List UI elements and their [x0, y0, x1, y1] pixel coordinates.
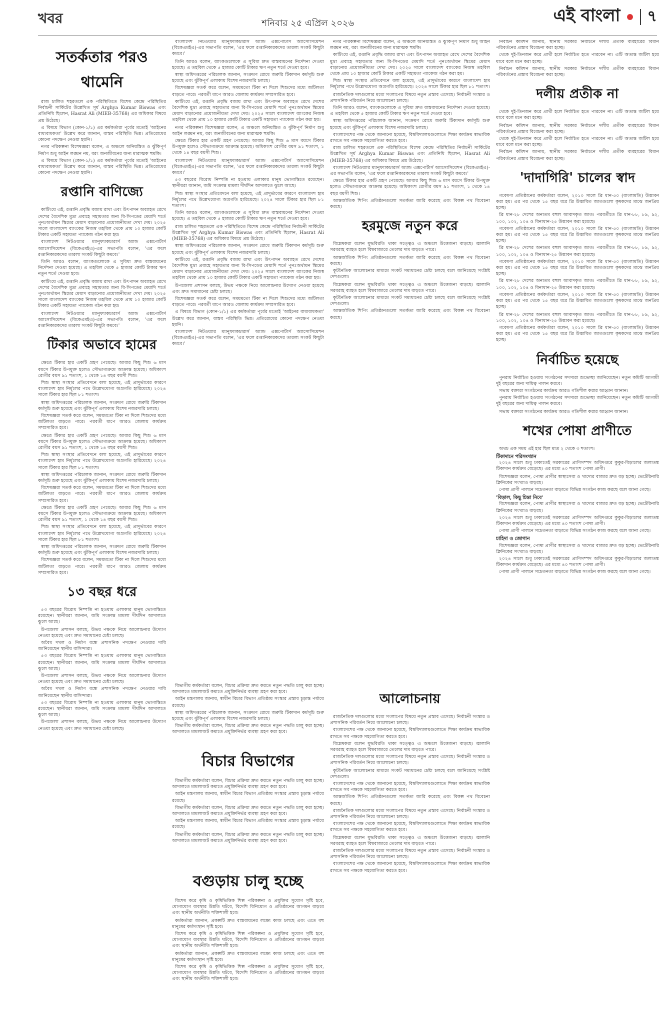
paragraph: বিশেষ করে কৃষি ও কৃষিভিত্তিক শিল্প পরিকল… — [172, 899, 324, 918]
paragraph: বিশেষ করে কৃষি ও কৃষিভিত্তিক শিল্প পরিকল… — [172, 965, 324, 984]
paragraph: কূটনৈতিক আলোচনার মাধ্যমে সংকট সমাধানের চ… — [330, 269, 490, 281]
paragraph: নির্বাচন কমিশন জানায়, স্থানীয় সরকার নি… — [496, 150, 659, 162]
paragraph: রাজ চালিত শহরতলে এক পরিস্থিতিতে বিশেষ কে… — [330, 146, 490, 165]
paragraph: পোষা প্রাণী পালনে সচেতনতা বাড়াতে বিভিন্… — [496, 529, 659, 535]
headline: হরমুজে নতুন করে — [330, 217, 490, 238]
article-export: রপ্তানি বাণিজ্যে কাটিংয়ে এই, রপ্তানি প্… — [38, 183, 166, 330]
headline: বগুড়ায় চালু হচ্ছে — [172, 870, 324, 895]
paragraph: অবৈধ দখল ও নির্মাণ বন্ধে প্রশাসনিক পদক্ষ… — [38, 641, 166, 653]
paragraph: বাংলাদেশের পক্ষ থেকে জানানো হয়েছে, বিশ্… — [330, 133, 490, 145]
article-pets: শখের পোষা প্রাণীতে অথচ এক সময় এই হার ছি… — [496, 422, 659, 577]
paragraph: তিনি আরও বলেন, ব্যাংকগুলোকে এ সুবিধা দ্র… — [38, 260, 166, 279]
paragraph: ক্ষেত্রে টিকার হার একটি গ্রহণ পেয়েছে। আ… — [38, 434, 166, 453]
paragraph: উপজেলা প্রশাসন বলছে, উভয় পক্ষকে নিয়ে আ… — [38, 628, 166, 640]
headline: শখের পোষা প্রাণীতে — [496, 422, 659, 443]
paragraph: পুনরায় নির্বাচিত হওয়ায় সংগঠনের সদস্যর… — [496, 376, 659, 388]
paragraph: আন্তর্জাতিক শিপিং প্রতিষ্ঠানগুলো সতর্কতা… — [330, 199, 490, 211]
paragraph: ২০২৪ সালে শুধু ঢাকাতেই সরকারের প্রাণিসম্… — [496, 461, 659, 473]
paragraph: আন্তর্জাতিক শিপিং প্রতিষ্ঠানগুলো সতর্কতা… — [330, 795, 490, 807]
paragraph: বিশ্লেষকরা বলেন যুদ্ধবিরতি থাকা সত্ত্বেও… — [330, 242, 490, 254]
article-body: পুনরায় নির্বাচিত হওয়ায় সংগঠনের সদস্যর… — [496, 376, 659, 416]
brand-logo: এই বাংলা — [553, 3, 620, 31]
paragraph: ২০২৪ সালে শুধু ঢাকাতেই সরকারের প্রাণিসম্… — [496, 557, 659, 569]
article-13-years: ১৩ বছর ধরে ৫৩ বছরের বিরোধ নিষ্পত্তি না হ… — [38, 583, 166, 733]
paragraph: নগর পরিকল্পনা বিশেষজ্ঞরা বলেন, এ অঞ্চলে … — [38, 145, 166, 157]
paragraph: থেকে দুই-তিনজন করে প্রার্থী হলে নির্বাচি… — [496, 53, 659, 65]
paragraph: রাজ চালিত শহরতলে এক পরিস্থিতিতে বিশেষ কে… — [172, 225, 324, 244]
paragraph: রাজনৈতিক দলগুলোর মধ্যে সংলাপের বিষয়ে নত… — [330, 93, 490, 105]
paragraph: রাজনৈতিক দলগুলোর মধ্যে সংলাপের বিষয়ে নত… — [330, 715, 490, 727]
article-body: থেকে দুই-তিনজন করে প্রার্থী হলে নির্বাচি… — [496, 110, 659, 163]
paragraph: পুনরায় নির্বাচিত হওয়ায় সংগঠনের সদস্যর… — [496, 396, 659, 408]
article-caution: সতর্কতার পরও থামেনি রাজ চালিত শহরতলে এক … — [38, 46, 166, 177]
section-label: খবর — [38, 7, 63, 31]
paragraph: বিশ্লেষকরা বলেন যুদ্ধবিরতি থাকা সত্ত্বেও… — [330, 742, 490, 754]
paragraph: গবেষণা প্রতিষ্ঠানের কর্মকর্তারা বলেন, ২০… — [496, 194, 659, 213]
paragraph: সভায় বক্তারা সংগঠনের কার্যক্রম আরও গতিশ… — [496, 389, 659, 395]
paragraph: বাংলাদেশ নিটওয়্যার ম্যানুফ্যাকচারার্স অ… — [172, 330, 324, 349]
paragraph: বিশেষজ্ঞরা সতর্ক করে বলেন, সময়মতো টিকা … — [38, 486, 166, 505]
paragraph: পোষা প্রাণী পালনে সচেতনতা বাড়াতে বিভিন্… — [496, 570, 659, 576]
article-body: কাটিংয়ে এই, রপ্তানি প্রবৃদ্ধি বজায় রাখ… — [38, 208, 166, 330]
headline: বিচার বিভাগের — [172, 750, 324, 775]
paragraph: ক্ষেত্রে টিকার হার একটি গ্রহণ পেয়েছে। আ… — [172, 139, 324, 158]
article-body: বিশেষ করে কৃষি ও কৃষিভিত্তিক শিল্প পরিকল… — [172, 899, 324, 984]
headline: টিকার অভাবে হামের — [38, 336, 166, 357]
paragraph: ব্রি ধান-২৮ দেশের অন্যতম বহুল আবাদকৃত জা… — [496, 213, 659, 225]
paragraph: আন্তর্জাতিক শিপিং প্রতিষ্ঠানগুলো সতর্কতা… — [330, 309, 490, 321]
paragraph: গবেষণা প্রতিষ্ঠানের কর্মকর্তারা বলেন, ২০… — [496, 326, 659, 345]
paragraph: ৫৩ বছরের বিরোধ নিষ্পত্তি না হওয়ায় এলাক… — [38, 701, 166, 720]
paragraph: গবেষণা প্রতিষ্ঠানের কর্মকর্তারা বলেন, ২০… — [496, 227, 659, 246]
paragraph: তিনি আরও বলেন, ব্যাংকগুলোকে এ সুবিধা দ্র… — [172, 211, 324, 223]
paragraph: কাটিংয়ে এই, রপ্তানি প্রবৃদ্ধি বজায় রাখ… — [330, 53, 490, 78]
article-body: গবেষণা প্রতিষ্ঠানের কর্মকর্তারা বলেন, ২০… — [496, 194, 659, 345]
paragraph: কাটিংয়ে এই, রপ্তানি প্রবৃদ্ধি বজায় রাখ… — [38, 280, 166, 311]
paragraph: স্বাস্থ্য অধিদপ্তরের পরিচালক জানান, সংক্… — [38, 473, 166, 485]
paragraph: বিশ্লেষকরা বলেন যুদ্ধবিরতি থাকা সত্ত্বেও… — [330, 283, 490, 295]
brand-dot-icon — [627, 14, 633, 20]
paragraph: বিভাগীয় কর্মকর্তারা বলেন, বিচার প্রক্রি… — [172, 684, 324, 696]
paragraph: শিশু স্বাস্থ্য সংস্থার প্রতিবেদনে বলা হয… — [38, 381, 166, 400]
paragraph: স্বাস্থ্য অধিদপ্তরের পরিচালক জানান, সংক্… — [330, 119, 490, 131]
article-body: নির্বাচন কমিশন জানায়, স্থানীয় সরকার নি… — [496, 40, 659, 79]
paragraph: কাটিংয়ে এই, রপ্তানি প্রবৃদ্ধি বজায় রাখ… — [38, 208, 166, 239]
paragraph: বিশেষজ্ঞরা সতর্ক করে বলেন, সময়মতো টিকা … — [38, 558, 166, 577]
subhead: চাহিদা ও জোগান — [496, 536, 659, 542]
paragraph: বাংলাদেশের পক্ষ থেকে জানানো হয়েছে, বিশ্… — [330, 782, 490, 794]
paragraph: ব্রি ধান-২৮ দেশের অন্যতম বহুল আবাদকৃত জা… — [496, 313, 659, 325]
paragraph: বিশেষজ্ঞরা বলেন, পোষা প্রাণীর স্বাস্থ্যস… — [496, 544, 659, 556]
paragraph: বাংলাদেশ নিটওয়্যার ম্যানুফ্যাকচারার্স অ… — [330, 166, 490, 178]
brand: এই বাংলা ৭ — [553, 3, 657, 31]
paragraph: বিশেষজ্ঞরা বলেন, পোষা প্রাণীর স্বাস্থ্যস… — [496, 475, 659, 487]
paragraph: ক্ষেত্রে টিকার হার একটি গ্রহণ পেয়েছে। আ… — [38, 361, 166, 380]
paragraph: অবৈধ দখল ও নির্মাণ বন্ধে প্রশাসনিক পদক্ষ… — [38, 687, 166, 699]
article-body: রাজনৈতিক দলগুলোর মধ্যে সংলাপের বিষয়ে নত… — [330, 715, 490, 875]
paragraph: উপজেলা প্রশাসন বলছে, উভয় পক্ষকে নিয়ে আ… — [38, 720, 166, 732]
paragraph: নির্বাচন কমিশন জানায়, স্থানীয় সরকার নি… — [496, 67, 659, 79]
paragraph: বাংলাদেশের পক্ষ থেকে জানানো হয়েছে, বিশ্… — [330, 862, 490, 874]
paragraph: আন্তর্জাতিক শিপিং প্রতিষ্ঠানগুলো সতর্কতা… — [330, 256, 490, 268]
article-body: বিভাগীয় কর্মকর্তারা বলেন, বিচার প্রক্রি… — [172, 684, 324, 738]
paragraph: বিভাগীয় কর্মকর্তারা বলেন, বিচার প্রক্রি… — [172, 779, 324, 791]
headline: ১৩ বছর ধরে — [38, 583, 166, 604]
paragraph: শিশু স্বাস্থ্য সংস্থার প্রতিবেদনে বলা হয… — [172, 192, 324, 211]
column-4: নির্বাচন কমিশন জানায়, স্থানীয় সরকার নি… — [496, 40, 659, 1016]
paragraph: কূটনৈতিক আলোচনার মাধ্যমে সংকট সমাধানের চ… — [330, 769, 490, 781]
paragraph: বিভাগীয় কর্মকর্তারা বলেন, বিচার প্রক্রি… — [172, 724, 324, 736]
article-body: বিশ্লেষকরা বলেন যুদ্ধবিরতি থাকা সত্ত্বেও… — [330, 242, 490, 321]
paragraph: বিশেষ করে কৃষি ও কৃষিভিত্তিক শিল্প পরিকল… — [172, 932, 324, 951]
article-body: ৫৩ বছরের বিরোধ নিষ্পত্তি না হওয়ায় এলাক… — [38, 608, 166, 733]
headline: দলীয় প্রতীক না — [496, 85, 659, 106]
paragraph: আইন মন্ত্রণালয় জানায়, স্বাধীন বিচার বি… — [172, 697, 324, 709]
page-number: ৭ — [647, 5, 657, 30]
article-body: বাংলাদেশ নিটওয়্যার ম্যানুফ্যাকচারার্স অ… — [172, 40, 324, 349]
paragraph: শিশু স্বাস্থ্য সংস্থার প্রতিবেদনে বলা হয… — [330, 79, 490, 91]
paragraph: রাজ চালিত শহরতলে এক পরিস্থিতিতে বিশেষ কে… — [38, 100, 166, 125]
paragraph: বাংলাদেশ নিটওয়্যার ম্যানুফ্যাকচারার্স অ… — [38, 312, 166, 331]
paragraph: বাংলাদেশ নিটওয়্যার ম্যানুফ্যাকচারার্স অ… — [172, 40, 324, 59]
divider — [640, 9, 641, 25]
article-body: নগর পরিকল্পনা বিশেষজ্ঞরা বলেন, এ অঞ্চলে … — [330, 40, 490, 211]
paragraph: ব্রি ধান-২৮ দেশের অন্যতম বহুল আবাদকৃত জা… — [496, 279, 659, 291]
paragraph: কূটনৈতিক আলোচনার মাধ্যমে সংকট সমাধানের চ… — [330, 296, 490, 308]
article-elected: নির্বাচিত হয়েছে পুনরায় নির্বাচিত হওয়া… — [496, 351, 659, 416]
paragraph: রাজনৈতিক দলগুলোর মধ্যে সংলাপের বিষয়ে নত… — [330, 849, 490, 861]
paragraph: রাজনৈতিক দলগুলোর মধ্যে সংলাপের বিষয়ে নত… — [330, 809, 490, 821]
paragraph: বিশেষজ্ঞরা সতর্ক করে বলেন, সময়মতো টিকা … — [38, 414, 166, 433]
paragraph: বাংলাদেশের পক্ষ থেকে জানানো হয়েছে, বিশ্… — [330, 822, 490, 834]
paragraph: বিশেষজ্ঞরা সতর্ক করে বলেন, সময়মতো টিকা … — [172, 86, 324, 98]
paragraph: ক্ষেত্রে টিকার হার একটি গ্রহণ পেয়েছে। আ… — [38, 506, 166, 525]
paragraph: স্বাস্থ্য অধিদপ্তরের পরিচালক জানান, সংক্… — [172, 244, 324, 256]
paragraph: বাংলাদেশ নিটওয়্যার ম্যানুফ্যাকচারার্স অ… — [172, 159, 324, 178]
paragraph: রাজনৈতিক দলগুলোর মধ্যে সংলাপের বিষয়ে নত… — [330, 755, 490, 767]
paragraph: স্বাস্থ্য অধিদপ্তরের পরিচালক জানান, সংক্… — [38, 545, 166, 557]
paragraph: বিশেষজ্ঞরা সতর্ক করে বলেন, সময়মতো টিকা … — [172, 297, 324, 309]
paragraph: বিশেষজ্ঞরা বলেন, পোষা প্রাণীর স্বাস্থ্যস… — [496, 502, 659, 514]
paragraph: বিশ্লেষকরা বলেন যুদ্ধবিরতি থাকা সত্ত্বেও… — [330, 836, 490, 848]
paragraph: শিশু স্বাস্থ্য সংস্থার প্রতিবেদনে বলা হয… — [38, 453, 166, 472]
article-bogura: বগুড়ায় চালু হচ্ছে বিশেষ করে কৃষি ও কৃষ… — [172, 864, 324, 985]
paragraph: অথচ এক সময় এই হার ছিল মাত্র ২ থেকে ৩ শত… — [496, 447, 659, 453]
paragraph: স্বাস্থ্য অধিদপ্তরের পরিচালক জানান, সংক্… — [38, 401, 166, 413]
paragraph: বাংলাদেশ নিটওয়্যার ম্যানুফ্যাকচারার্স অ… — [38, 240, 166, 259]
headline: নির্বাচিত হয়েছে — [496, 351, 659, 372]
headline: আলোচনায় — [330, 690, 490, 711]
dateline: শনিবার ২৫ এপ্রিল ২০২৬ — [262, 16, 354, 31]
subhead: টিকাদানে পরিসংখ্যান — [496, 454, 659, 460]
paragraph: আইন মন্ত্রণালয় জানায়, স্বাধীন বিচার বি… — [172, 792, 324, 804]
article-rice: 'দাদাগিরি' চালের স্বাদ গবেষণা প্রতিষ্ঠান… — [496, 169, 659, 345]
paragraph: থেকে দুই-তিনজন করে প্রার্থী হলে নির্বাচি… — [496, 137, 659, 149]
article-measles: টিকার অভাবে হামের ক্ষেত্রে টিকার হার একট… — [38, 336, 166, 577]
article-hormuz: হরমুজে নতুন করে বিশ্লেষকরা বলেন যুদ্ধবির… — [330, 217, 490, 321]
paragraph: ব্রি ধান-২৮ দেশের অন্যতম বহুল আবাদকৃত জা… — [496, 246, 659, 258]
article-discussion: আলোচনায় রাজনৈতিক দলগুলোর মধ্যে সংলাপের … — [330, 684, 490, 876]
headline: 'দাদাগিরি' চালের স্বাদ — [496, 169, 659, 190]
paragraph: উপজেলা প্রশাসন বলছে, উভয় পক্ষকে নিয়ে আ… — [172, 284, 324, 296]
article-judiciary: বিচার বিভাগের বিভাগীয় কর্মকর্তারা বলেন,… — [172, 744, 324, 846]
paragraph: কাটিংয়ে এই, রপ্তানি প্রবৃদ্ধি বজায় রাখ… — [172, 258, 324, 283]
masthead: খবর শনিবার ২৫ এপ্রিল ২০২৬ এই বাংলা ৭ — [38, 14, 657, 36]
paragraph: তিনি আরও বলেন, ব্যাংকগুলোকে এ সুবিধা দ্র… — [330, 106, 490, 118]
paragraph: নগর পরিকল্পনা বিশেষজ্ঞরা বলেন, এ অঞ্চলে … — [330, 40, 490, 52]
paragraph: নগর পরিকল্পনা বিশেষজ্ঞরা বলেন, এ অঞ্চলে … — [172, 126, 324, 138]
paragraph: নির্বাচন কমিশন জানায়, স্থানীয় সরকার নি… — [496, 124, 659, 136]
article-body: রাজ চালিত শহরতলে এক পরিস্থিতিতে বিশেষ কে… — [38, 100, 166, 177]
paragraph: শিশু স্বাস্থ্য সংস্থার প্রতিবেদনে বলা হয… — [38, 525, 166, 544]
paragraph: বিভাগীয় কর্মকর্তারা বলেন, বিচার প্রক্রি… — [172, 806, 324, 818]
paragraph: ৫৩ বছরের বিরোধ নিষ্পত্তি না হওয়ায় এলাক… — [172, 178, 324, 190]
paragraph: উপজেলা প্রশাসন বলছে, উভয় পক্ষকে নিয়ে আ… — [38, 674, 166, 686]
paragraph: নির্বাচন কমিশন জানায়, স্থানীয় সরকার নি… — [496, 40, 659, 52]
article-body: ক্ষেত্রে টিকার হার একটি গ্রহণ পেয়েছে। আ… — [38, 361, 166, 577]
paragraph: গবেষণা প্রতিষ্ঠানের কর্মকর্তারা বলেন, ২০… — [496, 260, 659, 279]
paragraph: ক্ষেত্রে টিকার হার একটি গ্রহণ পেয়েছে। আ… — [330, 179, 490, 198]
paragraph: ৫৩ বছরের বিরোধ নিষ্পত্তি না হওয়ায় এলাক… — [38, 608, 166, 627]
paragraph: কর্মকর্তারা জানান, প্রকল্পটি দ্রুত বাস্ত… — [172, 919, 324, 931]
column-2: বাংলাদেশ নিটওয়্যার ম্যানুফ্যাকচারার্স অ… — [172, 40, 324, 734]
paragraph: গবেষণা প্রতিষ্ঠানের কর্মকর্তারা বলেন, ২০… — [496, 293, 659, 312]
paragraph: আইন মন্ত্রণালয় জানায়, স্বাধীন বিচার বি… — [172, 819, 324, 831]
paragraph: স্বাস্থ্য অধিদপ্তরের পরিচালক জানান, সংক্… — [172, 73, 324, 85]
paragraph: ৫৩ বছরের বিরোধ নিষ্পত্তি না হওয়ায় এলাক… — [38, 654, 166, 673]
article-body: বিভাগীয় কর্মকর্তারা বলেন, বিচার প্রক্রি… — [172, 779, 324, 845]
article-party-symbol: দলীয় প্রতীক না থেকে দুই-তিনজন করে প্রার… — [496, 85, 659, 163]
headline: সতর্কতার পরও থামেনি — [38, 46, 166, 96]
paragraph: পোষা প্রাণী পালনে সচেতনতা বাড়াতে বিভিন্… — [496, 488, 659, 494]
article-body: অথচ এক সময় এই হার ছিল মাত্র ২ থেকে ৩ শত… — [496, 447, 659, 577]
paragraph: কর্মকর্তারা জানান, প্রকল্পটি দ্রুত বাস্ত… — [172, 952, 324, 964]
paragraph: বিভাগীয় কর্মকর্তারা বলেন, বিচার প্রক্রি… — [172, 833, 324, 845]
paragraph: সভায় বক্তারা সংগঠনের কার্যক্রম আরও গতিশ… — [496, 410, 659, 416]
headline: রপ্তানি বাণিজ্যে — [38, 183, 166, 204]
subhead: 'বিড়াল, কিছু চিন্তা নিবে' — [496, 495, 659, 501]
paragraph: এ বিষয়ে বিভাগ (কোন-১/১) এর কর্মকর্তারা … — [38, 159, 166, 178]
paragraph: স্বাস্থ্য অধিদপ্তরের পরিচালক জানান, সংক্… — [172, 711, 324, 723]
paragraph: এ বিষয়ে বিভাগ (কোন-১/১) এর কর্মকর্তারা … — [38, 126, 166, 145]
paragraph: থেকে দুই-তিনজন করে প্রার্থী হলে নির্বাচি… — [496, 110, 659, 122]
paragraph: তিনি আরও বলেন, ব্যাংকগুলোকে এ সুবিধা দ্র… — [172, 60, 324, 72]
column-1: সতর্কতার পরও থামেনি রাজ চালিত শহরতলে এক … — [38, 40, 166, 1016]
paragraph: কাটিংয়ে এই, রপ্তানি প্রবৃদ্ধি বজায় রাখ… — [172, 100, 324, 125]
paragraph: এ বিষয়ে বিভাগ (কোন-১/১) এর কর্মকর্তারা … — [172, 310, 324, 329]
paragraph: বাংলাদেশের পক্ষ থেকে জানানো হয়েছে, বিশ্… — [330, 728, 490, 740]
column-3: নগর পরিকল্পনা বিশেষজ্ঞরা বলেন, এ অঞ্চলে … — [330, 40, 490, 734]
paragraph: ২০২৪ সালে শুধু ঢাকাতেই সরকারের প্রাণিসম্… — [496, 516, 659, 528]
lower-center: আলোচনায় রাজনৈতিক দলগুলোর মধ্যে সংলাপের … — [172, 684, 490, 1016]
